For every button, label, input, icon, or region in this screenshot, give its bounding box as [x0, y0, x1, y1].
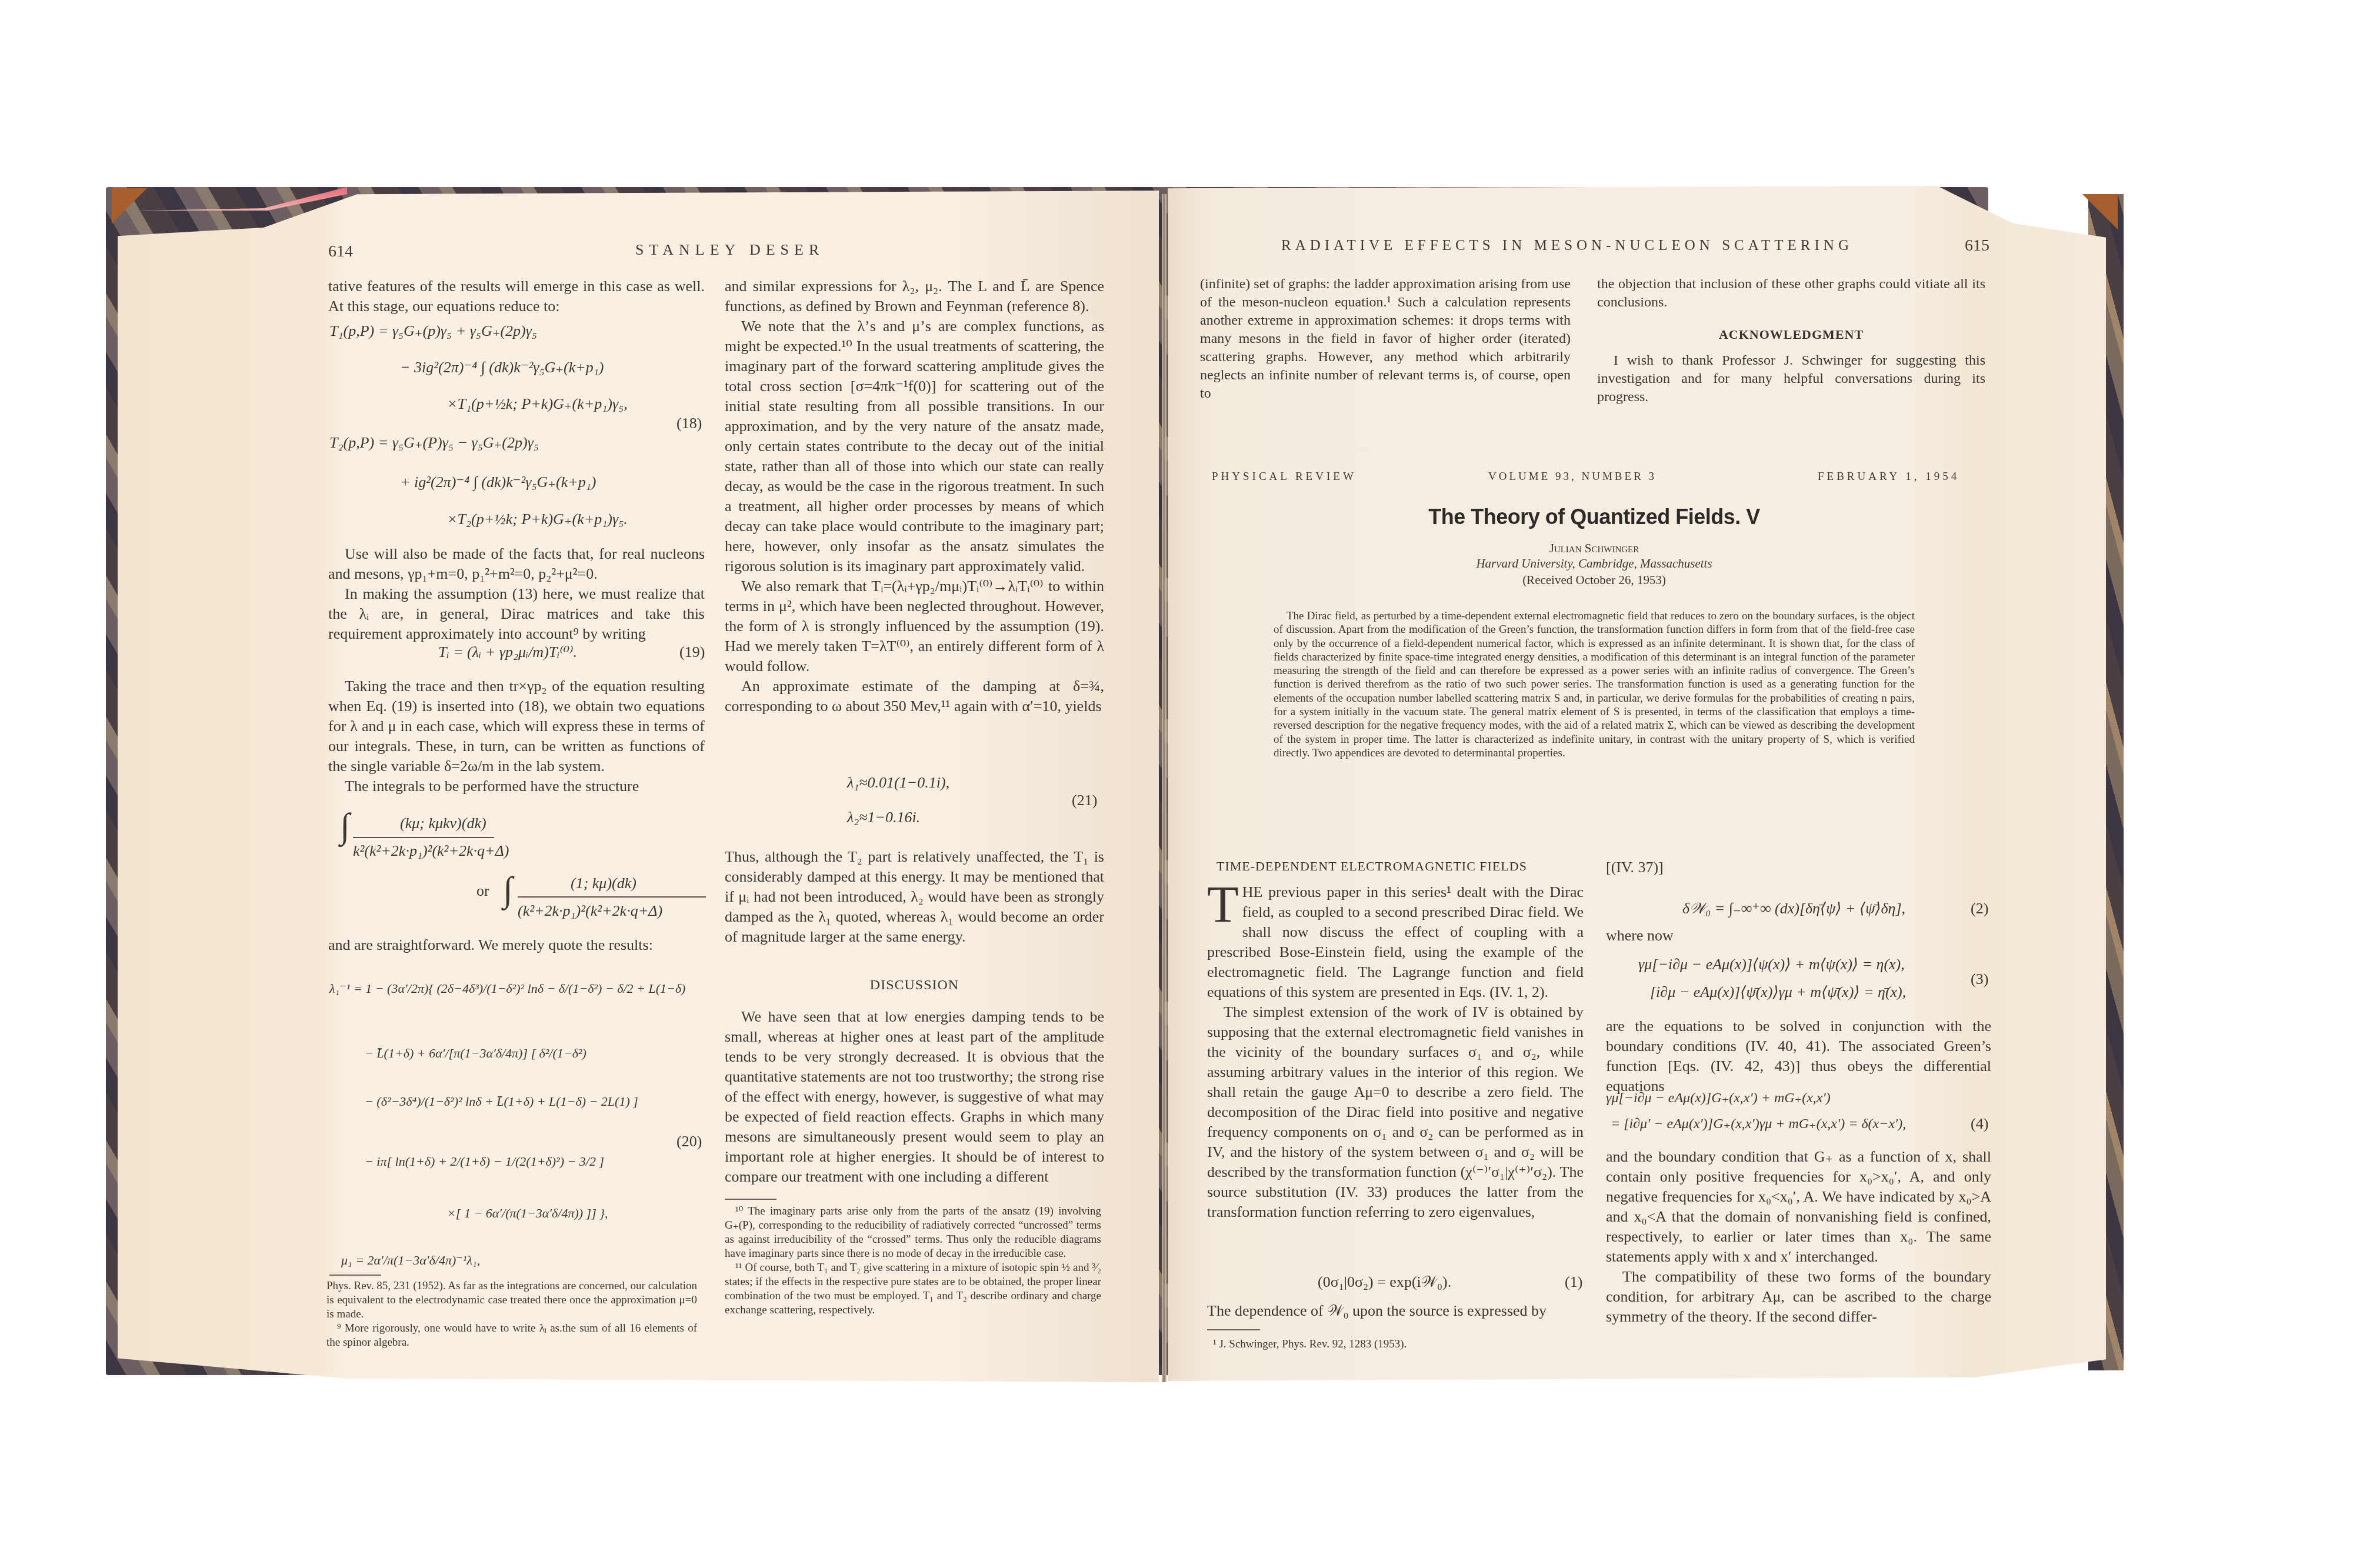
integral-sign-icon: ∫	[503, 869, 512, 910]
footnote-rule	[329, 1275, 381, 1276]
eq19-number: (19)	[679, 643, 705, 661]
acknowledgment-text: I wish to thank Professor J. Schwinger f…	[1597, 352, 1985, 406]
article-title: The Theory of Quantized Fields. V	[1200, 505, 1988, 529]
equation-3-line2: [i∂μ − eAμ(x)]⟨ψ̄(x)⟩γμ + m⟨ψ̄(x)⟩ = η̄(…	[1650, 983, 1906, 1001]
integral-sign-icon: ∫	[340, 806, 349, 846]
article-received: (Received October 26, 1953)	[1200, 573, 1988, 588]
equation-4-line2: = [i∂μ′ − eAμ(x′)]G₊(x,x′)γμ + mG₊(x,x′)…	[1611, 1115, 1906, 1132]
eq18-number: (18)	[676, 415, 702, 432]
right-col2-para-are: are the equations to be solved in conjun…	[1606, 1016, 1991, 1096]
left-col1-para-trace: Taking the trace and then tr×γp₂ of the …	[328, 676, 705, 796]
eq20-number: (20)	[676, 1133, 702, 1150]
left-col1-footnotes: Phys. Rev. 85, 231 (1952). As far as the…	[326, 1279, 697, 1350]
equation-21-line2: λ₂≈1−0.16i.	[847, 809, 920, 826]
left-col2-para-thus: Thus, although the T₂ part is relatively…	[725, 847, 1104, 947]
running-head-left: STANLEY DESER	[635, 241, 824, 259]
left-col2-footnotes: ¹⁰ The imaginary parts arise only from t…	[725, 1205, 1101, 1317]
article-author: Julian Schwinger	[1200, 541, 1988, 556]
right-col2-text: and the boundary condition that G₊ as a …	[1606, 1147, 1991, 1327]
equation-19: Tᵢ = (λᵢ + γp₂μᵢ/m)Tᵢ⁽⁰⁾.	[438, 643, 577, 661]
masthead-journal: PHYSICAL REVIEW	[1212, 471, 1357, 483]
left-col2-text: and similar expressions for λ₂, μ₂. The …	[725, 276, 1104, 716]
eq1-number: (1)	[1565, 1273, 1582, 1291]
left-col1-para-straight: and are straightforward. We merely quote…	[328, 935, 705, 955]
eq4-number: (4)	[1971, 1115, 1988, 1133]
left-col2-para-discussion: We have seen that at low energies dampin…	[725, 1007, 1104, 1187]
right-col1-text: T HE previous paper in this series¹ deal…	[1207, 882, 1584, 1222]
discussion-heading: DISCUSSION	[725, 978, 1104, 993]
footnote-rule	[1207, 1329, 1260, 1330]
eq3-number: (3)	[1971, 970, 1988, 988]
eq21-number: (21)	[1072, 792, 1097, 809]
running-head-right: RADIATIVE EFFECTS IN MESON-NUCLEON SCATT…	[1281, 238, 1853, 254]
right-col1-para3: The dependence of 𝒲₀ upon the source is …	[1207, 1301, 1584, 1321]
footnote-rule	[725, 1199, 776, 1200]
left-col1-intro: tative features of the results will emer…	[328, 276, 705, 316]
section-heading: TIME-DEPENDENT ELECTROMAGNETIC FIELDS	[1217, 859, 1581, 874]
page-number-right: 615	[1965, 236, 1989, 255]
book-gutter	[1162, 194, 1166, 1382]
left-col1-para-use: Use will also be made of the facts that,…	[328, 544, 705, 644]
article-affiliation: Harvard University, Cambridge, Massachus…	[1200, 556, 1988, 571]
right-top-col2: the objection that inclusion of these ot…	[1597, 275, 1985, 312]
acknowledgment-heading: ACKNOWLEDGMENT	[1597, 327, 1985, 342]
masthead-date: FEBRUARY 1, 1954	[1818, 471, 1959, 483]
mu1-equation: μ₁ = 2α′/π(1−3α′δ/4π)⁻¹λ₁,	[341, 1253, 480, 1268]
dropcap: T	[1207, 885, 1242, 926]
equation-1: (0σ₁|0σ₂) = exp(i𝒲₀).	[1318, 1273, 1451, 1292]
right-col1-footnote: ¹ J. Schwinger, Phys. Rev. 92, 1283 (195…	[1213, 1337, 1578, 1352]
where-now: where now	[1606, 926, 1782, 946]
right-top-col1: (infinite) set of graphs: the ladder app…	[1200, 275, 1571, 403]
equation-2: δ𝒲₀ = ∫₋∞⁺∞ (dx)[δη̄⟨ψ⟩ + ⟨ψ̄⟩δη],	[1682, 900, 1905, 918]
reference-iv37: [(IV. 37)]	[1606, 859, 1664, 876]
masthead-volume: VOLUME 93, NUMBER 3	[1488, 471, 1657, 483]
eq2-number: (2)	[1971, 900, 1988, 918]
equation-4-line1: γμ[−i∂μ − eAμ(x)]G₊(x,x′) + mG₊(x,x′)	[1606, 1089, 1831, 1106]
equation-3-line1: γμ[−i∂μ − eAμ(x)]⟨ψ(x)⟩ + m⟨ψ(x)⟩ = η(x)…	[1638, 956, 1905, 973]
article-abstract: The Dirac field, as perturbed by a time-…	[1274, 609, 1915, 760]
page-number-left: 614	[328, 242, 353, 261]
equation-21-line1: λ₁≈0.01(1−0.1i),	[847, 774, 949, 792]
